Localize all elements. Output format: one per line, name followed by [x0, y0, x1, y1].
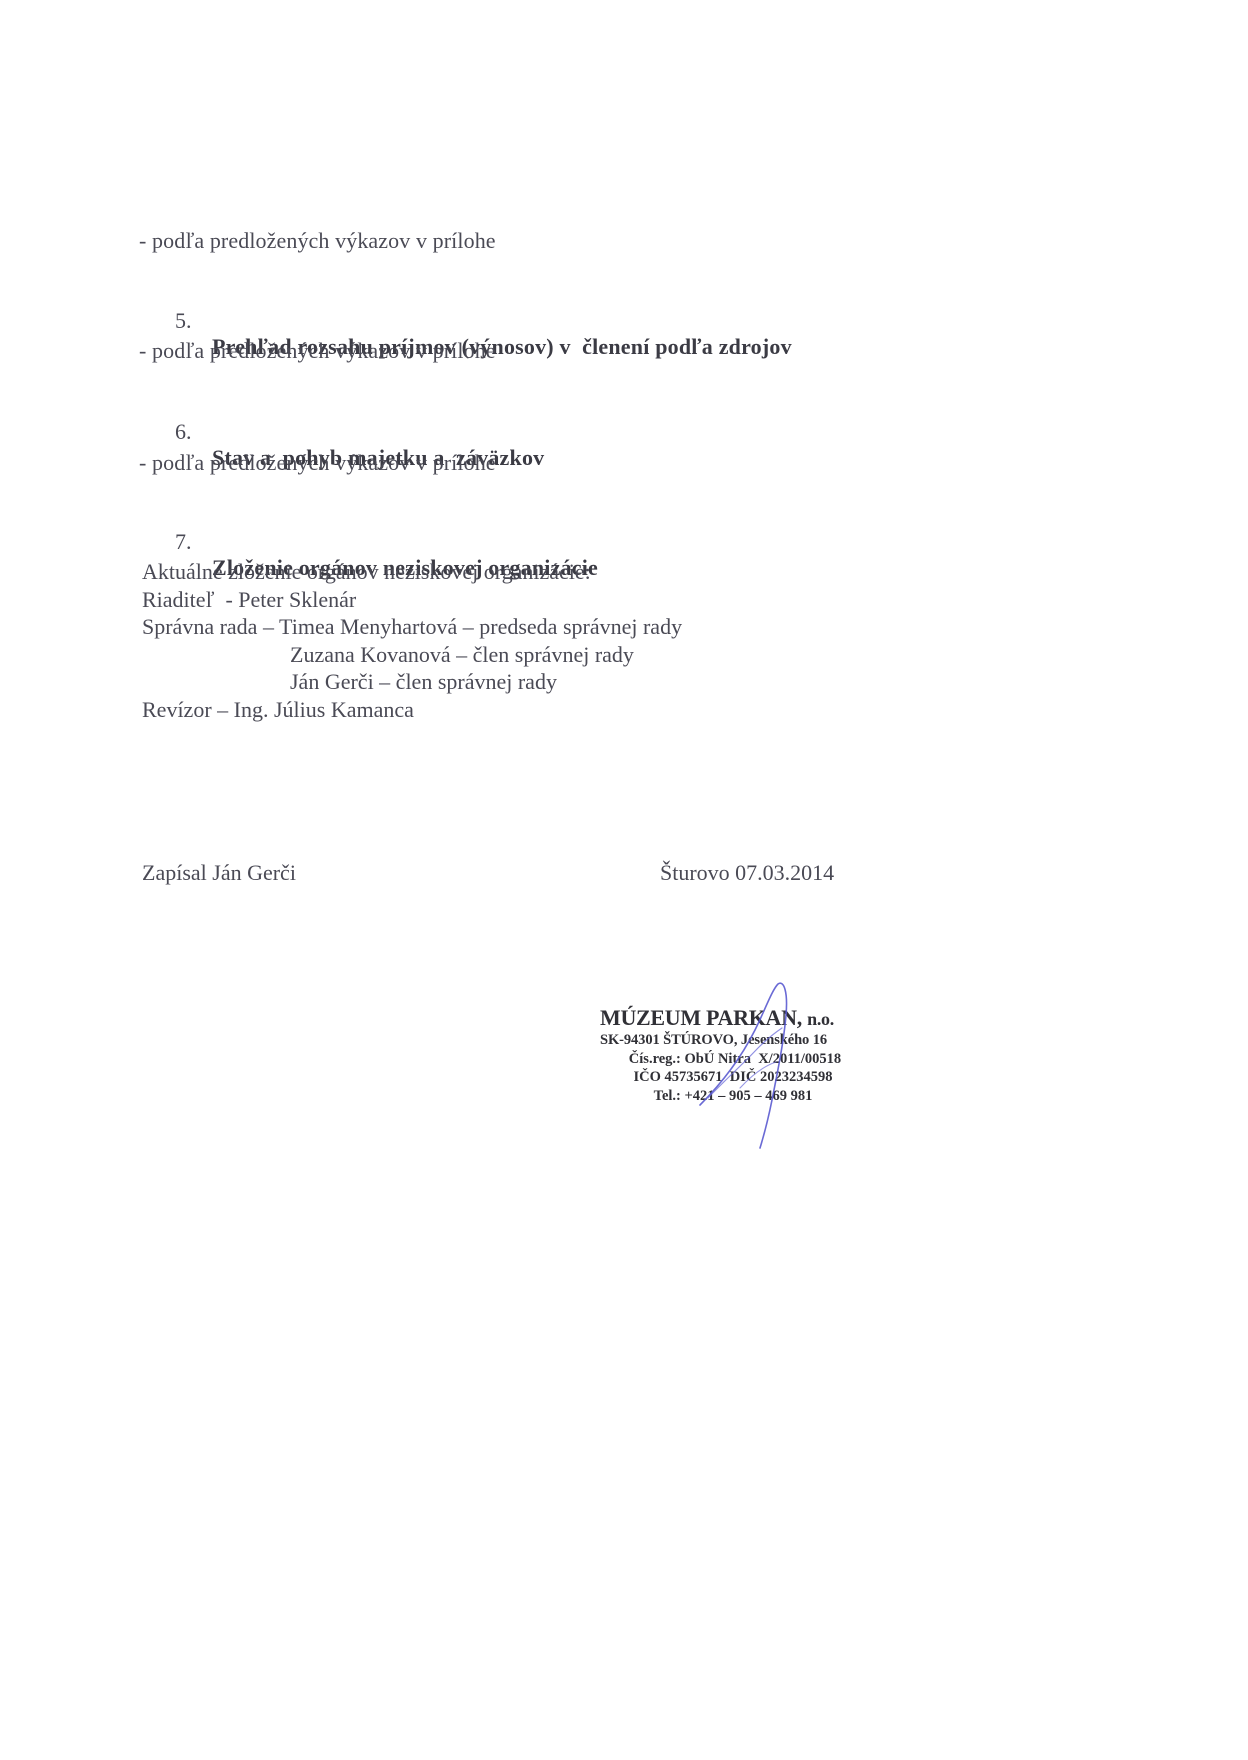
- stamp-ids: IČO 45735671 DIČ 2023234598: [598, 1068, 868, 1087]
- board-member-line: Ján Gerči – člen správnej rady: [142, 668, 682, 696]
- stamp-org-title: MÚZEUM PARKAN,: [600, 1005, 802, 1030]
- organization-stamp: MÚZEUM PARKAN, n.o. SK-94301 ŠTÚROVO, Je…: [598, 1006, 868, 1105]
- board-chair-line: Správna rada – Timea Menyhartová – preds…: [142, 613, 682, 641]
- stamp-address: SK-94301 ŠTÚROVO, Jesenského 16: [598, 1031, 868, 1050]
- stamp-phone: Tel.: +421 – 905 – 469 981: [598, 1087, 868, 1106]
- recorded-by: Zapísal Ján Gerči: [142, 860, 296, 886]
- stamp-org-suffix: n.o.: [807, 1009, 834, 1029]
- section-heading-5: 5. Prehľad rozsahu príjmov (výnosov) v č…: [175, 282, 197, 386]
- document-page: - podľa predložených výkazov v prílohe 5…: [0, 0, 1248, 1760]
- section-note-5: - podľa predložených výkazov v prílohe: [139, 338, 496, 364]
- composition-intro: Aktuálne zloženie orgánov neziskovej org…: [142, 558, 682, 586]
- section-number: 7.: [175, 529, 192, 555]
- stamp-registration: Čís.reg.: ObÚ Nitra X/2011/00518: [598, 1050, 868, 1069]
- stamp-org-name: MÚZEUM PARKAN, n.o.: [598, 1006, 868, 1031]
- auditor-line: Revízor – Ing. Július Kamanca: [142, 696, 682, 724]
- section-heading-6: 6. Stav a pohyb majetku a záväzkov: [175, 393, 197, 497]
- place-and-date: Šturovo 07.03.2014: [660, 860, 834, 886]
- section-number: 5.: [175, 308, 192, 334]
- organization-composition: Aktuálne zloženie orgánov neziskovej org…: [142, 558, 682, 723]
- director-line: Riaditeľ - Peter Sklenár: [142, 586, 682, 614]
- section-note-4: - podľa predložených výkazov v prílohe: [139, 228, 496, 254]
- section-number: 6.: [175, 419, 192, 445]
- board-member-line: Zuzana Kovanová – člen správnej rady: [142, 641, 682, 669]
- section-note-6: - podľa predložených výkazov v prílohe: [139, 450, 496, 476]
